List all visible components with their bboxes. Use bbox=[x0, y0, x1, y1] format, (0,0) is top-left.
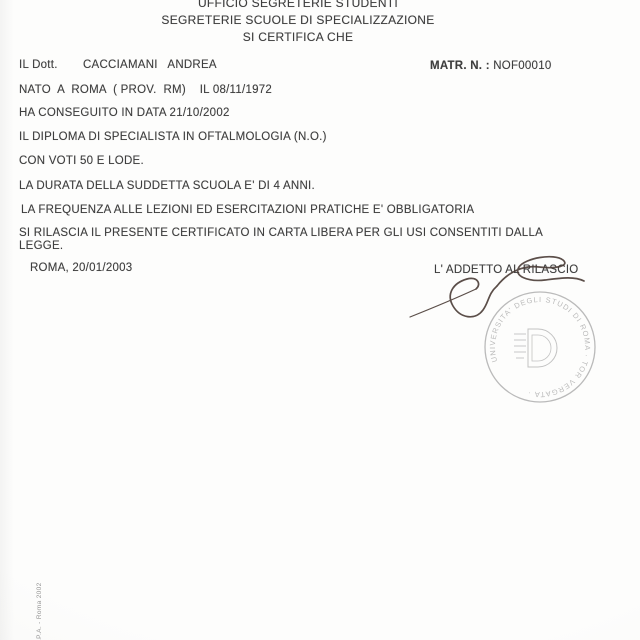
header-certify-line: SI CERTIFICA CHE bbox=[0, 30, 596, 44]
stamp-logo bbox=[514, 329, 557, 367]
release-line-2: LEGGE. bbox=[19, 240, 63, 252]
place-date: ROMA, 20/01/2003 bbox=[30, 262, 132, 274]
diploma-line: IL DIPLOMA DI SPECIALISTA IN OFTALMOLOGI… bbox=[19, 131, 327, 143]
stamp-ring-text: UNIVERSITA' DEGLI STUDI DI ROMA · TOR VE… bbox=[488, 295, 592, 399]
stamp-outer-ring bbox=[485, 292, 595, 402]
matricola-label: MATR. N. : bbox=[430, 60, 490, 72]
duration-line: LA DURATA DELLA SUDDETTA SCUOLA E' DI 4 … bbox=[19, 180, 315, 192]
votes-line: CON VOTI 50 E LODE. bbox=[19, 155, 144, 167]
release-line-1: SI RILASCIA IL PRESENTE CERTIFICATO IN C… bbox=[19, 227, 543, 239]
header-office-line: UFFICIO SEGRETERIE STUDENTI bbox=[0, 0, 596, 10]
university-stamp: UNIVERSITA' DEGLI STUDI DI ROMA · TOR VE… bbox=[478, 285, 602, 409]
matricola-field: MATR. N. : NOF00010 bbox=[430, 60, 551, 72]
matricola-value: NOF00010 bbox=[490, 60, 552, 72]
birth-line: NATO A ROMA ( PROV. RM) IL 08/11/1972 bbox=[19, 84, 272, 96]
certificate-page: UFFICIO SEGRETERIE STUDENTI SEGRETERIE S… bbox=[0, 0, 640, 640]
holder-name: CACCIAMANI ANDREA bbox=[83, 59, 217, 71]
holder-title-label: IL Dott. bbox=[19, 59, 58, 71]
attendance-line: LA FREQUENZA ALLE LEZIONI ED ESERCITAZIO… bbox=[21, 204, 474, 216]
print-credit: .P.A. - Roma 2002 bbox=[36, 582, 43, 640]
achievement-line: HA CONSEGUITO IN DATA 21/10/2002 bbox=[19, 107, 230, 119]
header-department-line: SEGRETERIE SCUOLE DI SPECIALIZZAZIONE bbox=[0, 13, 596, 27]
